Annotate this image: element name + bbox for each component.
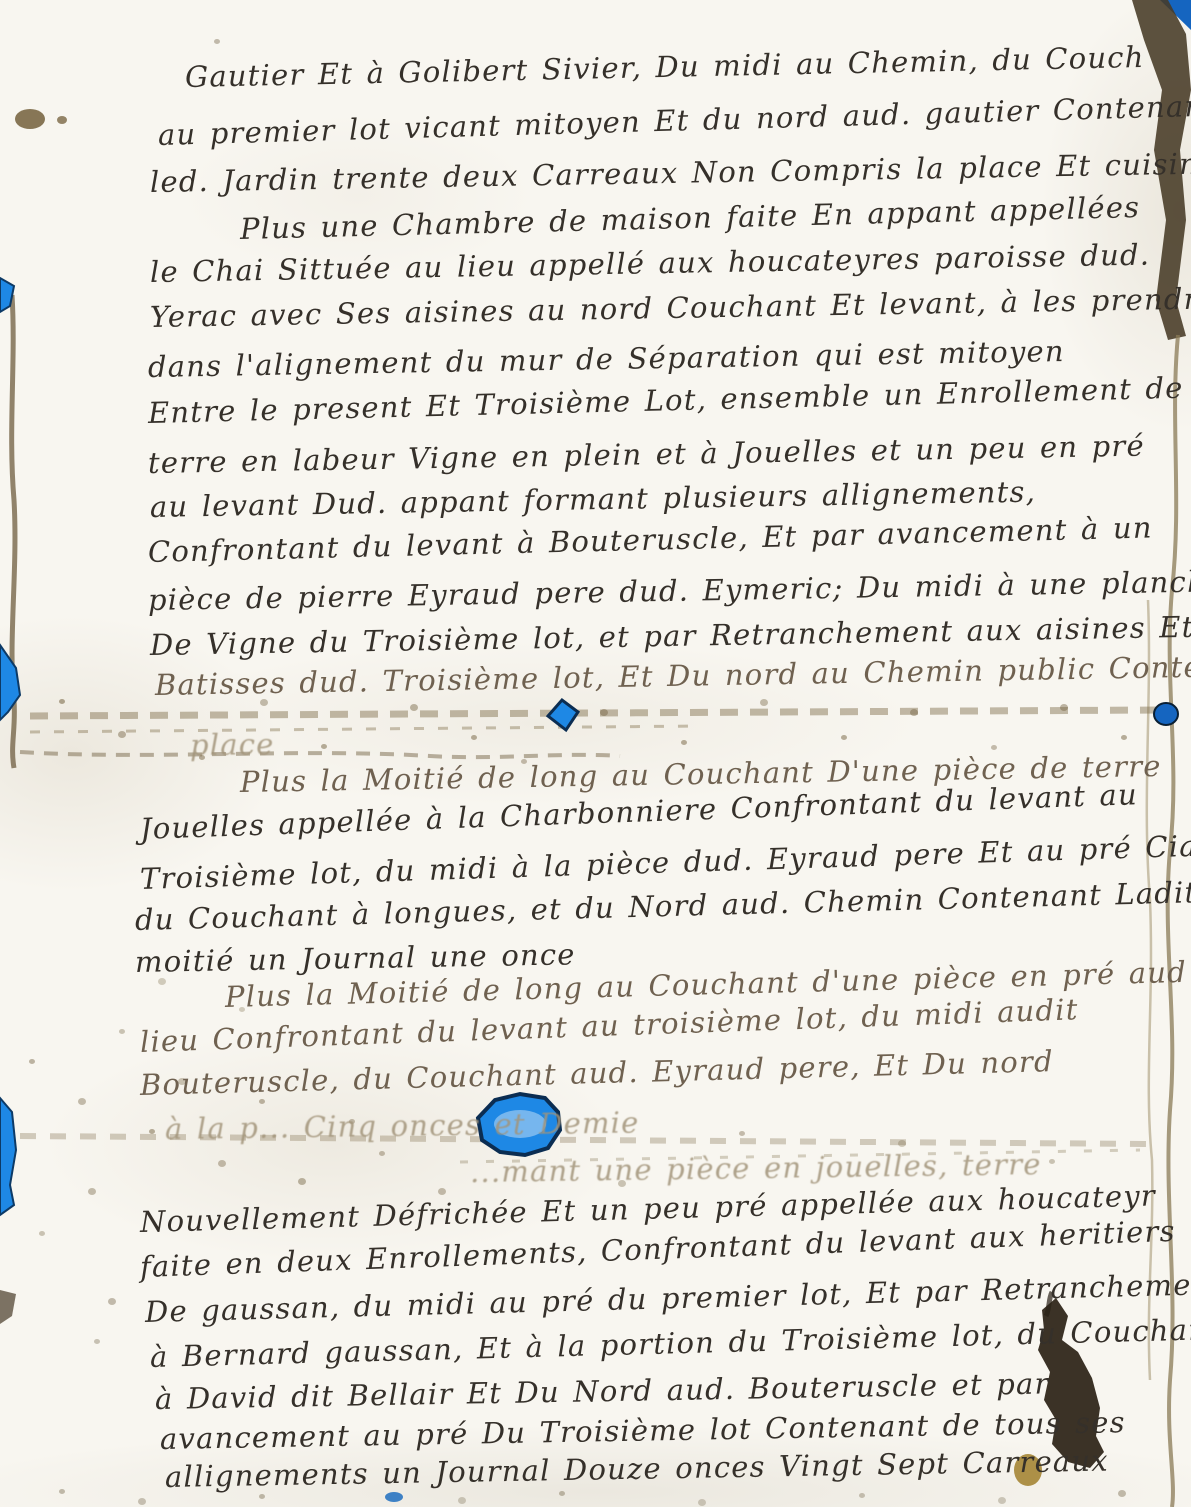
manuscript-line: terre en labeur Vigne en plein et à Joue… [148,429,1145,480]
manuscript-line: au premier lot vicant mitoyen Et du nord… [158,88,1191,152]
manuscript-text: Gautier Et à Golibert Sivier, Du midi au… [0,0,1191,1507]
manuscript-line: Gautier Et à Golibert Sivier, Du midi au… [185,40,1145,94]
manuscript-line: Yerac avec Ses aisines au nord Couchant … [150,281,1191,334]
manuscript-line: led. Jardin trente deux Carreaux Non Com… [150,146,1191,199]
manuscript-line: le Chai Sittuée au lieu appellé aux houc… [150,238,1151,289]
manuscript-line-faded: place [190,727,275,762]
manuscript-line: Plus une Chambre de maison faite En appa… [240,190,1141,246]
manuscript-page: Gautier Et à Golibert Sivier, Du midi au… [0,0,1191,1507]
manuscript-line-faded: à la p... Cinq onces et Demie [165,1105,640,1146]
manuscript-line: pièce de pierre Eyraud pere dud. Eymeric… [148,565,1191,617]
